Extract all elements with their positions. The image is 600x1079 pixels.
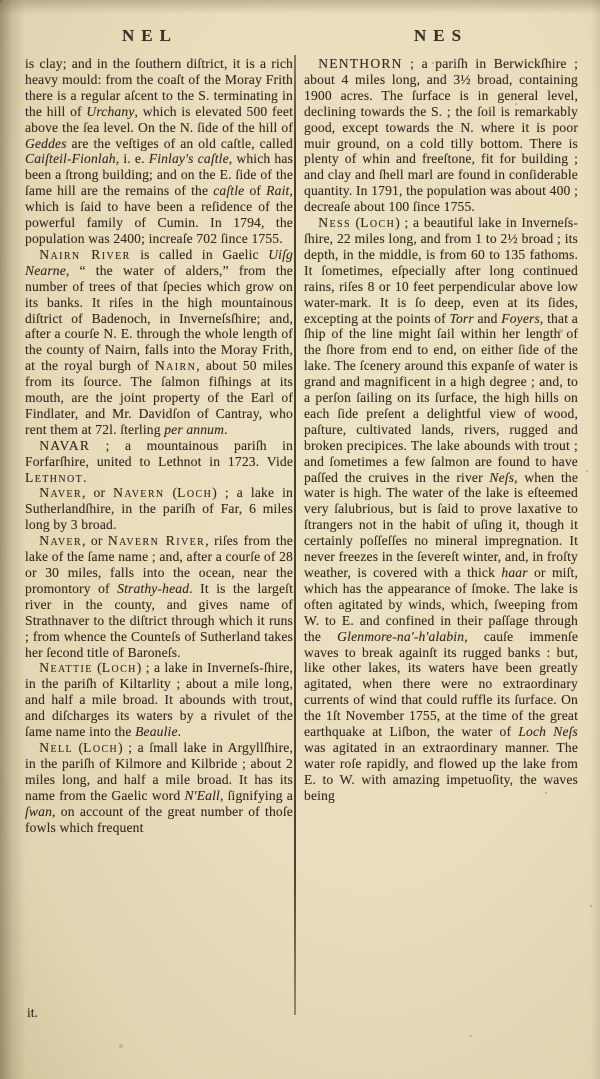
text-run: ( [165, 485, 178, 500]
text-run: ( [93, 660, 102, 675]
italic-run: Foyers [501, 311, 540, 326]
headword-run: Loch [102, 660, 137, 675]
headword-run: Ness [318, 215, 351, 230]
text-run: , or [82, 485, 113, 500]
italic-run: Beaulie [135, 724, 178, 739]
binding-gutter-shadow [0, 0, 26, 1079]
text-run: , that a ſhip of the line might ſail wit… [304, 311, 578, 485]
paragraph: Neattie (Loch) ; a lake in Inverneſs-ſhi… [25, 660, 293, 740]
headword-run: Navern River [108, 533, 205, 548]
page-right-shadow [590, 0, 600, 1079]
text-column-left: is clay; and in the ſouthern diſtrict, i… [25, 56, 293, 835]
italic-run: Loch Neſs [518, 724, 578, 739]
running-head-right: NES [310, 26, 572, 46]
headword-run: Neattie [39, 660, 93, 675]
text-run: ( [351, 215, 360, 230]
headword-run: Loch [83, 740, 118, 755]
italic-run: per annum [164, 422, 224, 437]
headword-run: Naver [39, 533, 82, 548]
headword-run: Naver [39, 485, 82, 500]
paragraph: Nairn River is called in Gaelic Uiſg Nea… [25, 247, 293, 438]
text-run: , when the water is high. The water of t… [304, 470, 578, 580]
column-divider-rule [294, 55, 296, 1015]
page-top-shadow [0, 0, 600, 14]
headword-run: Loch [360, 215, 395, 230]
text-run: , cauſe immenſe waves to break againſt i… [304, 629, 578, 739]
text-run: was agitated in an extraordinary manner.… [304, 740, 578, 803]
italic-run: Strathy-head [117, 581, 189, 596]
headword-run: Lethnot [25, 470, 83, 485]
text-run: , “ the water of alders,” from the numbe… [25, 263, 293, 373]
text-run: ; a pariſh in Berwickſhire ; about 4 mil… [304, 56, 578, 214]
italic-run: caſtle [213, 183, 244, 198]
paragraph: Naver, or Navern River, riſes from the l… [25, 533, 293, 660]
text-run: , ſignifying a [220, 788, 293, 803]
italic-run: N'Eall [184, 788, 220, 803]
italic-run: Caiſteil-Fionlah [25, 151, 116, 166]
headword-run: NAVAR [39, 438, 90, 453]
paragraph: NENTHORN ; a pariſh in Berwickſhire ; ab… [304, 56, 578, 215]
italic-run: Glenmore-na'-h'alabin [337, 629, 464, 644]
text-column-right: NENTHORN ; a pariſh in Berwickſhire ; ab… [304, 56, 578, 804]
text-run: and [474, 311, 501, 326]
paragraph: is clay; and in the ſouthern diſtrict, i… [25, 56, 293, 247]
italic-run: Rait [266, 183, 289, 198]
paragraph: Naver, or Navern (Loch) ; a lake in Suth… [25, 485, 293, 533]
headword-run: Navern [113, 485, 164, 500]
text-run: ( [73, 740, 83, 755]
paper-specks [0, 0, 2, 2]
text-run: . [178, 724, 182, 739]
italic-run: ſwan [25, 804, 52, 819]
text-run: is called in Gaelic [131, 247, 269, 262]
paragraph: Nell (Loch) ; a ſmall lake in Argyllſhir… [25, 740, 293, 835]
text-run: , or [82, 533, 108, 548]
headword-run: Nell [39, 740, 73, 755]
italic-run: Neſs [489, 470, 514, 485]
paragraph: Ness (Loch) ; a beautiful lake in Invern… [304, 215, 578, 804]
running-head-left: NEL [25, 26, 275, 46]
text-run: . [224, 422, 228, 437]
italic-run: Torr [450, 311, 474, 326]
headword-run: Loch [177, 485, 212, 500]
text-run: ) ; a beautiful lake in Inverneſs-ſhire,… [304, 215, 578, 325]
text-run: of [244, 183, 266, 198]
text-run: , on account of the great number of thoſ… [25, 804, 293, 835]
headword-run: Nairn River [39, 247, 130, 262]
scanned-book-page: NEL NES is clay; and in the ſouthern diſ… [0, 0, 600, 1079]
text-run: . [83, 470, 87, 485]
headword-run: Nairn [155, 358, 196, 373]
catchword: it. [27, 1005, 38, 1021]
italic-run: haar [501, 565, 527, 580]
paragraph: NAVAR ; a mountainous pariſh in Forfarſh… [25, 438, 293, 486]
text-run: , i. e. [116, 151, 149, 166]
italic-run: Finlay's caſtle [149, 151, 229, 166]
italic-run: Geddes [25, 136, 67, 151]
headword-run: NENTHORN [318, 56, 402, 71]
text-run: are the veſtiges of an old caſtle, calle… [67, 136, 293, 151]
italic-run: Urchany [86, 104, 134, 119]
